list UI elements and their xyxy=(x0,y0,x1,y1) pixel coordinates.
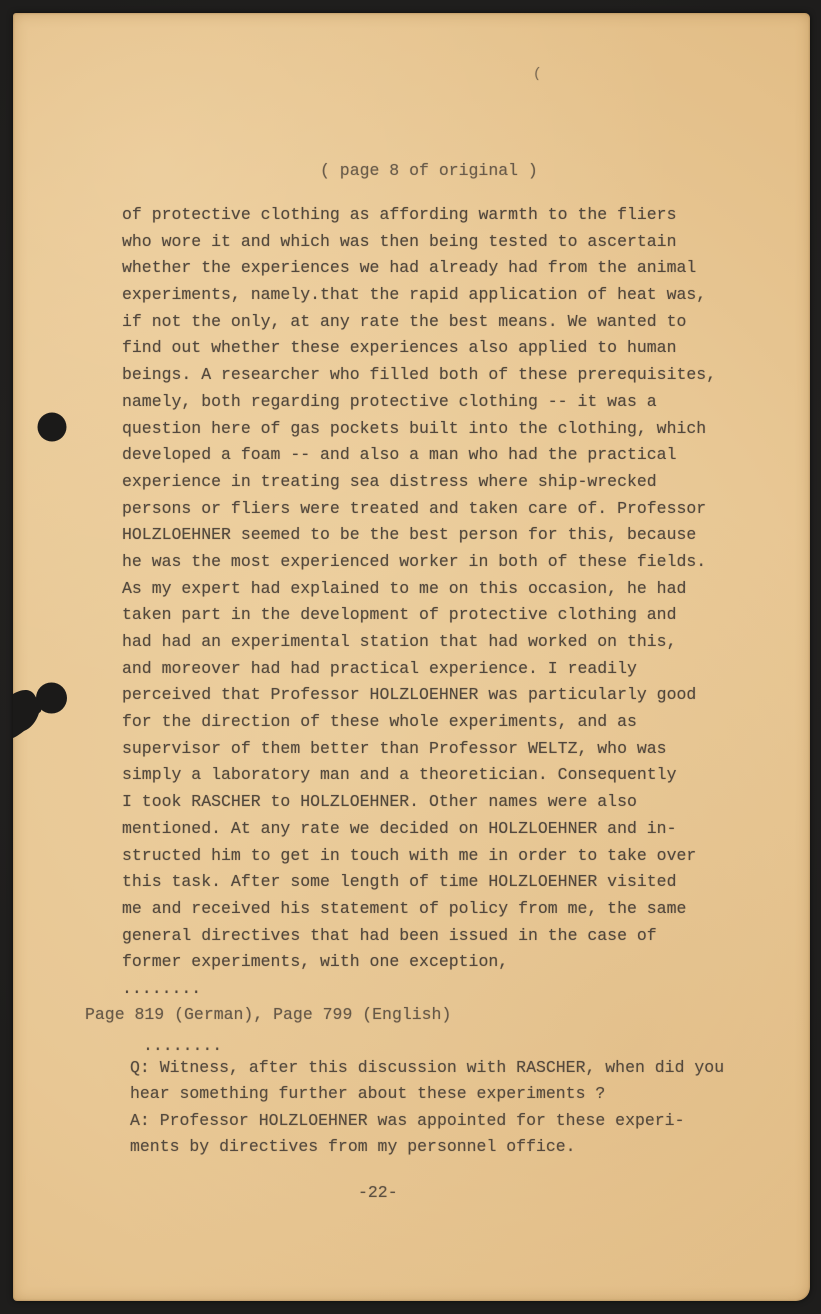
text-line: perceived that Professor HOLZLOEHNER was… xyxy=(122,682,716,709)
text-line: namely, both regarding protective clothi… xyxy=(122,389,716,416)
document-body: of protective clothing as affording warm… xyxy=(122,202,716,1003)
text-line: if not the only, at any rate the best me… xyxy=(122,309,716,336)
page-reference: Page 819 (German), Page 799 (English) xyxy=(85,1005,451,1024)
text-line: who wore it and which was then being tes… xyxy=(122,229,716,256)
text-line: he was the most experienced worker in bo… xyxy=(122,549,716,576)
text-line: this task. After some length of time HOL… xyxy=(122,869,716,896)
text-line: whether the experiences we had already h… xyxy=(122,255,716,282)
text-line: ments by directives from my personnel of… xyxy=(130,1134,685,1160)
scanned-document-page: ( page 8 of original ) ( of protective c… xyxy=(0,0,821,1314)
text-line: of protective clothing as affording warm… xyxy=(122,202,716,229)
text-line: find out whether these experiences also … xyxy=(122,335,716,362)
text-line: developed a foam -- and also a man who h… xyxy=(122,442,716,469)
qa-answer: A: Professor HOLZLOEHNER was appointed f… xyxy=(130,1108,685,1160)
text-line: persons or fliers were treated and taken… xyxy=(122,496,716,523)
text-line: me and received his statement of policy … xyxy=(122,896,716,923)
text-line: general directives that had been issued … xyxy=(122,923,716,950)
text-line: As my expert had explained to me on this… xyxy=(122,576,716,603)
header-note: ( page 8 of original ) xyxy=(320,161,538,180)
page-number: -22- xyxy=(358,1183,398,1202)
text-line: taken part in the development of protect… xyxy=(122,602,716,629)
text-line: hear something further about these exper… xyxy=(130,1081,724,1107)
text-line: beings. A researcher who filled both of … xyxy=(122,362,716,389)
text-line: HOLZLOEHNER seemed to be the best person… xyxy=(122,522,716,549)
text-line: ........ xyxy=(122,976,716,1003)
text-line: A: Professor HOLZLOEHNER was appointed f… xyxy=(130,1108,685,1134)
text-line: former experiments, with one exception, xyxy=(122,949,716,976)
text-line: for the direction of these whole experim… xyxy=(122,709,716,736)
text-line: had had an experimental station that had… xyxy=(122,629,716,656)
text-line: mentioned. At any rate we decided on HOL… xyxy=(122,816,716,843)
text-line: experiments, namely.that the rapid appli… xyxy=(122,282,716,309)
separator-dots: ........ xyxy=(143,1036,222,1055)
text-line: I took RASCHER to HOLZLOEHNER. Other nam… xyxy=(122,789,716,816)
text-line: simply a laboratory man and a theoretici… xyxy=(122,762,716,789)
text-line: experience in treating sea distress wher… xyxy=(122,469,716,496)
text-line: question here of gas pockets built into … xyxy=(122,416,716,443)
text-line: and moreover had had practical experienc… xyxy=(122,656,716,683)
stray-ink-mark: ( xyxy=(532,66,542,83)
text-line: structed him to get in touch with me in … xyxy=(122,843,716,870)
text-line: Q: Witness, after this discussion with R… xyxy=(130,1055,724,1081)
text-line: supervisor of them better than Professor… xyxy=(122,736,716,763)
qa-question: Q: Witness, after this discussion with R… xyxy=(130,1055,724,1107)
